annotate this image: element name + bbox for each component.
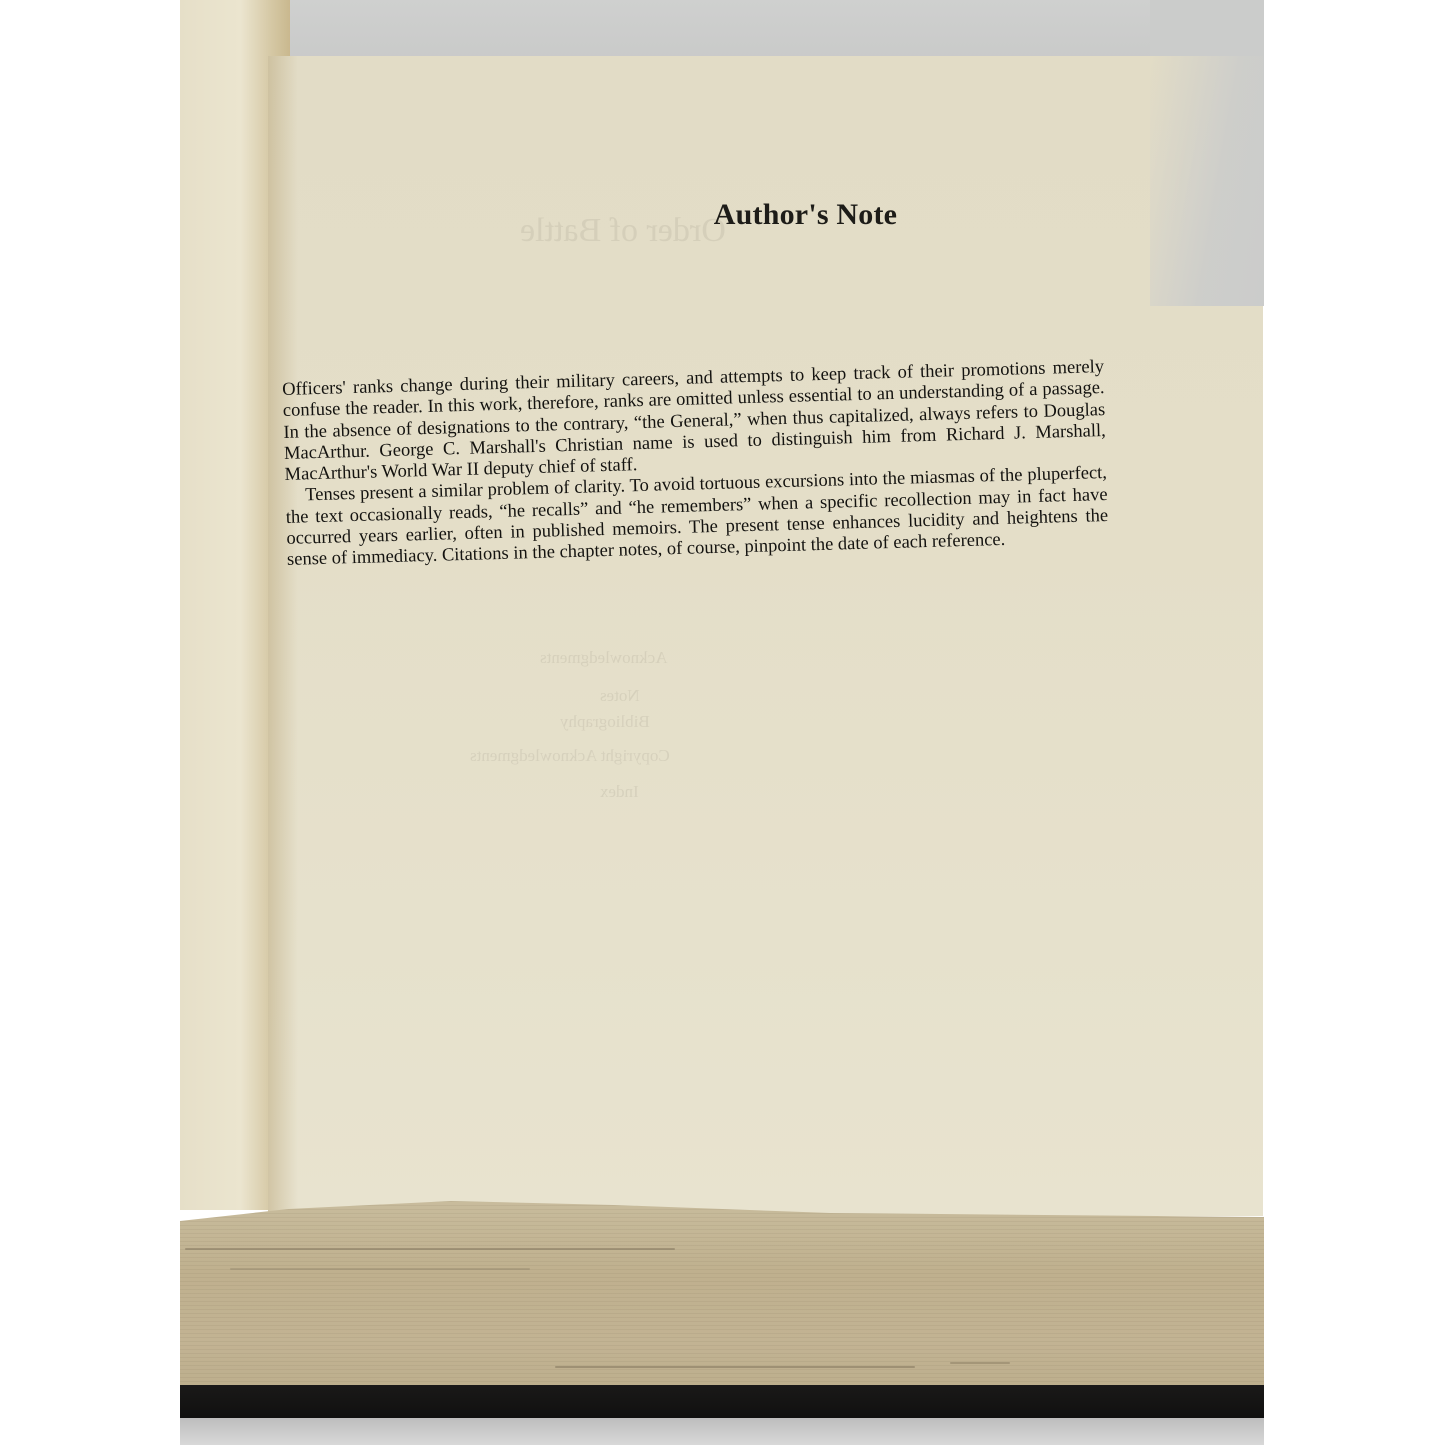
page-edges	[180, 1193, 1264, 1393]
page-edge-line	[230, 1268, 530, 1270]
table-surface	[180, 1418, 1264, 1445]
show-through-entry: Acknowledgments	[540, 648, 667, 668]
show-through-entry: Copyright Acknowledgments	[470, 746, 670, 766]
page-edge-line	[555, 1366, 915, 1368]
background-surface	[265, 0, 1263, 60]
show-through-entry: Bibliography	[560, 712, 650, 732]
show-through-entry: Notes	[600, 686, 640, 706]
show-through-entry: Index	[600, 782, 639, 802]
page-edge-line	[185, 1248, 675, 1250]
page-body: Officers' ranks change during their mili…	[282, 357, 1109, 572]
page-right-edge	[1150, 56, 1264, 306]
page-gutter-shadow	[268, 56, 298, 1216]
book-photo: Order of Battle Acknowledgments Notes Bi…	[0, 0, 1445, 1445]
page-title: Author's Note	[308, 198, 1303, 232]
page-edge-line	[950, 1362, 1010, 1364]
